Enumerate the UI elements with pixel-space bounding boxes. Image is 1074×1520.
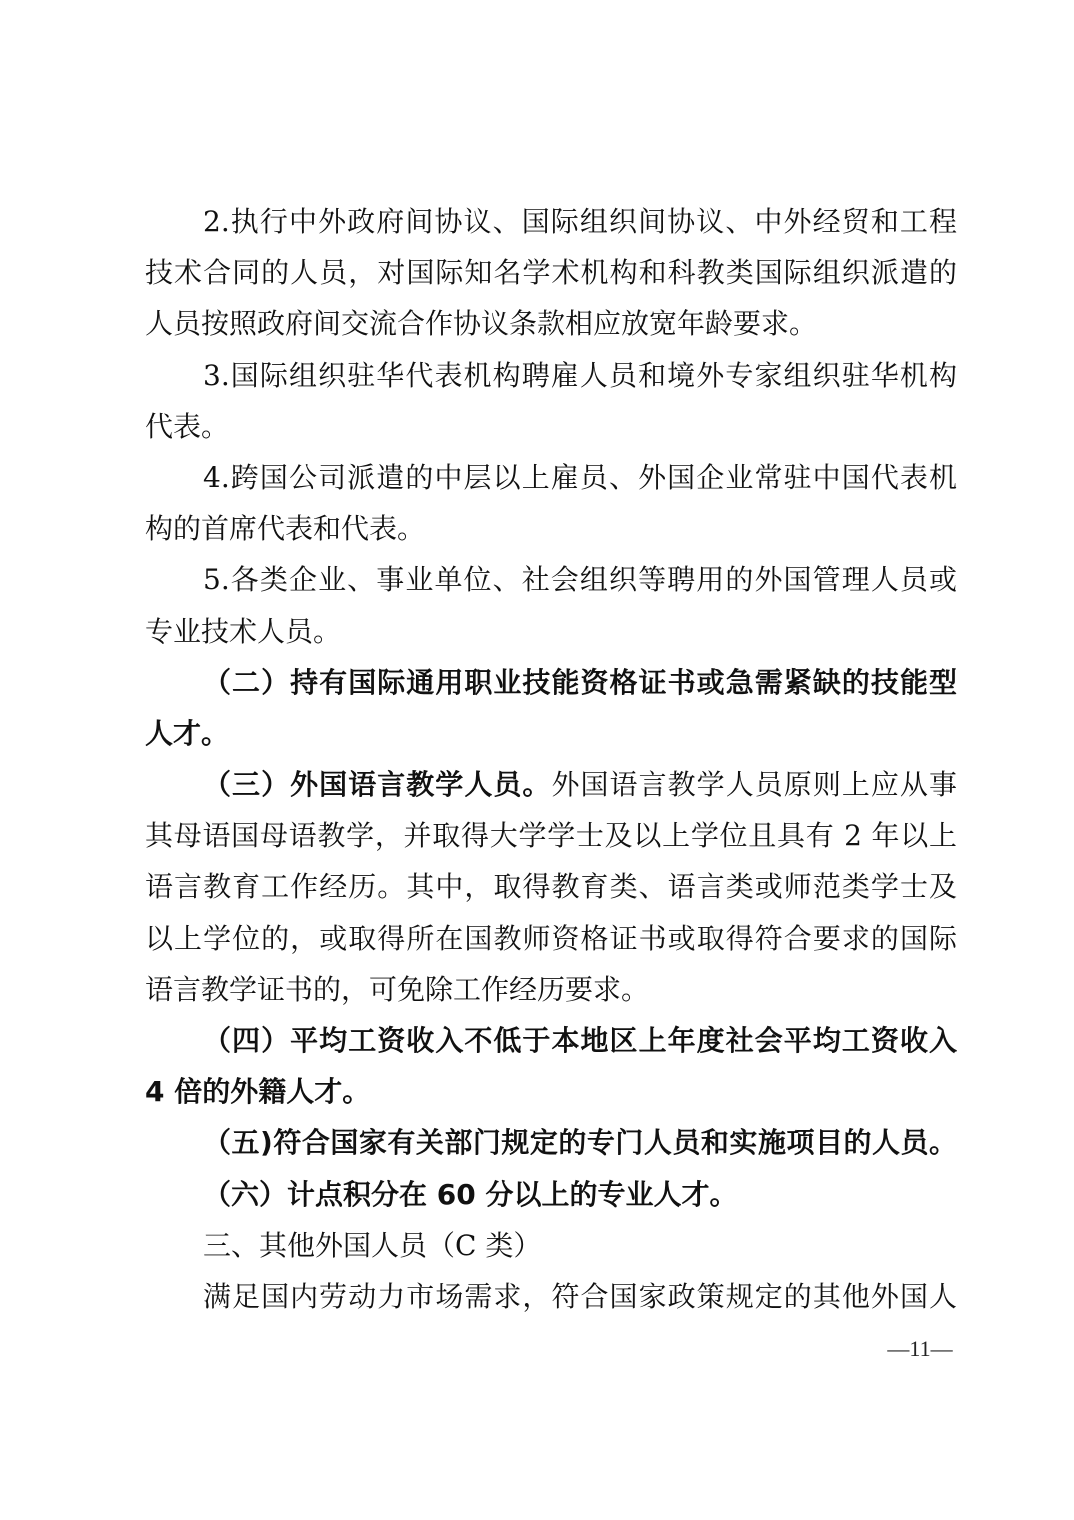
section-3-line-1-text: 外国语言教学人员原则上应从事 [551, 768, 957, 801]
heading-category-c: 三、其他外国人员（C 类） [145, 1220, 957, 1271]
section-4-line-1: （四）平均工资收入不低于本地区上年度社会平均工资收入 [145, 1015, 957, 1066]
document-page-body: 2.执行中外政府间协议、国际组织间协议、中外经贸和工程 技术合同的人员，对国际知… [145, 196, 957, 1322]
item-2-line-3: 人员按照政府间交流合作协议条款相应放宽年龄要求。 [145, 298, 957, 349]
item-4-line-2: 构的首席代表和代表。 [145, 503, 957, 554]
item-5-line-1: 5.各类企业、事业单位、社会组织等聘用的外国管理人员或 [145, 554, 957, 605]
category-c-line-1: 满足国内劳动力市场需求，符合国家政策规定的其他外国人 [145, 1271, 957, 1322]
section-3-line-2: 其母语国母语教学，并取得大学学士及以上学位且具有 2 年以上 [145, 810, 957, 861]
item-2-line-1: 2.执行中外政府间协议、国际组织间协议、中外经贸和工程 [145, 196, 957, 247]
section-3-line-4: 以上学位的，或取得所在国教师资格证书或取得符合要求的国际 [145, 913, 957, 964]
item-3-line-2: 代表。 [145, 401, 957, 452]
section-2-line-2: 人才。 [145, 708, 957, 759]
section-3-heading: （三）外国语言教学人员。 [203, 768, 551, 801]
section-3-line-5: 语言教学证书的，可免除工作经历要求。 [145, 964, 957, 1015]
item-4-line-1: 4.跨国公司派遣的中层以上雇员、外国企业常驻中国代表机 [145, 452, 957, 503]
item-3-line-1: 3.国际组织驻华代表机构聘雇人员和境外专家组织驻华机构 [145, 350, 957, 401]
section-2-line-1: （二）持有国际通用职业技能资格证书或急需紧缺的技能型 [145, 657, 957, 708]
section-5-line-1: （五)符合国家有关部门规定的专门人员和实施项目的人员。 [145, 1117, 957, 1168]
section-3-line-1: （三）外国语言教学人员。外国语言教学人员原则上应从事 [145, 759, 957, 810]
section-4-line-2: 4 倍的外籍人才。 [145, 1066, 957, 1117]
section-6-line-1: （六）计点积分在 60 分以上的专业人才。 [145, 1169, 957, 1220]
item-5-line-2: 专业技术人员。 [145, 606, 957, 657]
section-3-line-3: 语言教育工作经历。其中，取得教育类、语言类或师范类学士及 [145, 861, 957, 912]
page-number: —11— [880, 1336, 960, 1362]
item-2-line-2: 技术合同的人员，对国际知名学术机构和科教类国际组织派遣的 [145, 247, 957, 298]
